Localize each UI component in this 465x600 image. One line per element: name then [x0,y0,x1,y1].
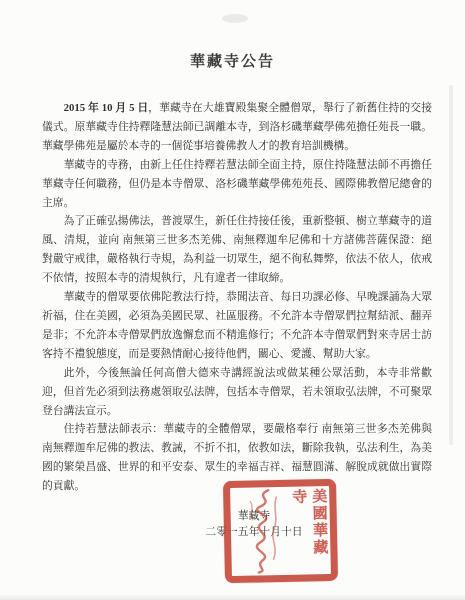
body-paragraph: 為了正確弘揚佛法，普渡眾生，新任住持接任後，重新整頓、樹立華藏寺的道風、清規，並… [42,212,432,288]
document-title: 華藏寺公告 [0,52,465,72]
seal-calligraphy-signature [238,487,288,574]
opening-paragraph: 2015 年 10 月 5 日，華藏寺在大雄寶殿集聚全體僧眾，舉行了新舊住持的交… [42,99,432,156]
document-body: 2015 年 10 月 5 日，華藏寺在大雄寶殿集聚全體僧眾，舉行了新舊住持的交… [42,99,432,496]
opening-date: 2015 年 10 月 5 日 [64,102,149,114]
scan-bottom-shade-artifact [0,595,465,600]
body-paragraph: 華藏寺的僧眾要依佛陀教法行持，恭聞法音、每日功課必修、早晚課誦為大眾祈福，住在美… [42,288,432,364]
scanned-announcement-page: 華藏寺公告 2015 年 10 月 5 日，華藏寺在大雄寶殿集聚全體僧眾，舉行了… [0,0,465,600]
body-paragraph: 此外，今後無論任何高僧大德來寺講經說法或做某種公眾活動，本寺非常歡迎，但首先必須… [42,364,432,421]
body-paragraph: 華藏寺的寺務，由新上任住持釋若慧法師全面主持，原住持隆慧法師不再擔任華藏寺任何職… [42,156,432,213]
scan-edge-artifact [449,85,453,445]
scan-smudge-artifact [222,14,248,23]
temple-seal-stamp: 美國華藏寺 [223,479,338,583]
seal-inscription: 美國華藏寺 [288,488,330,573]
